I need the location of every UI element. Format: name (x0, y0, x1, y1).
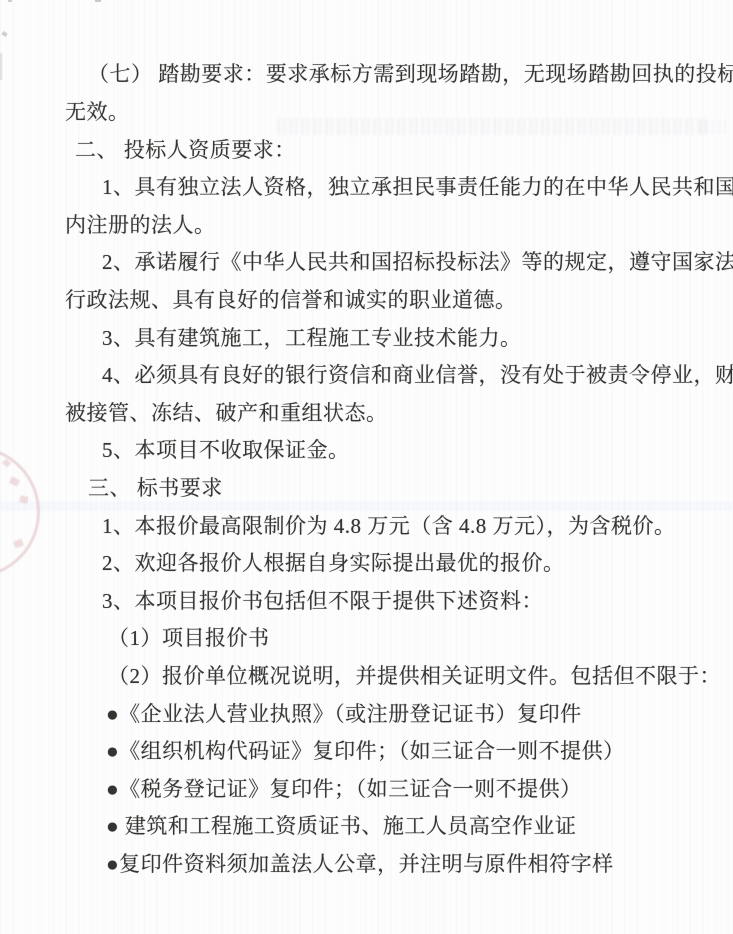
doc-line-materials-intro: 3、本项目报价书包括但不限于提供下述资料： (102, 589, 543, 613)
doc-line-survey-requirement-cont: 无效。 (65, 100, 130, 124)
scan-edge-artifact (0, 53, 2, 80)
doc-line-welcome-offers: 2、欢迎各报价人根据自身实际提出最优的报价。 (102, 551, 565, 575)
doc-line-item-5: 5、本项目不收取保证金。 (102, 438, 350, 462)
doc-line-item-1-cont: 内注册的法人。 (65, 213, 216, 237)
ghost-text-artifact (700, 120, 730, 134)
doc-bullet-construction-certs: ● 建筑和工程施工资质证书、施工人员高空作业证 (106, 814, 576, 838)
scanned-document-page: （七） 踏勘要求：要求承标方需到现场踏勘，无现场踏勘回执的投标书 无效。 二、 … (0, 0, 733, 934)
doc-bullet-business-license: ●《企业法人营业执照》（或注册登记证书）复印件 (106, 702, 582, 726)
doc-line-item-1: 1、具有独立法人资格，独立承担民事责任能力的在中华人民共和国境 (102, 175, 733, 199)
doc-line-item-2: 2、承诺履行《中华人民共和国招标投标法》等的规定，遵守国家法律、 (102, 250, 733, 274)
scan-edge-artifact (95, 0, 101, 2)
doc-line-item-4-cont: 被接管、冻结、破产和重组状态。 (65, 401, 388, 425)
doc-line-survey-requirement: （七） 踏勘要求：要求承标方需到现场踏勘，无现场踏勘回执的投标书 (88, 62, 733, 86)
doc-bullet-org-code-cert: ●《组织机构代码证》复印件；（如三证合一则不提供） (106, 739, 625, 763)
doc-bullet-copies-sealed: ●复印件资料须加盖法人公章，并注明与原件相符字样 (106, 852, 614, 876)
doc-line-sub-1-quotation: （1）项目报价书 (108, 626, 270, 650)
doc-bullet-tax-registration: ●《税务登记证》复印件；（如三证合一则不提供） (106, 777, 582, 801)
doc-heading-bidder-qualifications: 二、 投标人资质要求： (75, 138, 296, 162)
doc-line-item-2-cont: 行政法规、具有良好的信誉和诚实的职业道德。 (65, 288, 517, 312)
scanner-band-artifact (0, 501, 733, 511)
doc-heading-bid-document-requirements: 三、 标书要求 (88, 476, 223, 500)
doc-line-sub-2-company-profile: （2）报价单位概况说明，并提供相关证明文件。包括但不限于： (108, 664, 721, 688)
scan-ink-speck (1, 31, 7, 37)
scan-edge-artifact (8, 0, 12, 2)
doc-line-price-limit: 1、本报价最高限制价为 4.8 万元（含 4.8 万元），为含税价。 (102, 514, 676, 538)
ghost-text-artifact (278, 118, 710, 135)
doc-line-item-3: 3、具有建筑施工，工程施工专业技术能力。 (102, 326, 522, 350)
doc-line-item-4: 4、必须具有良好的银行资信和商业信誉，没有处于被责令停业，财产 (102, 363, 733, 387)
